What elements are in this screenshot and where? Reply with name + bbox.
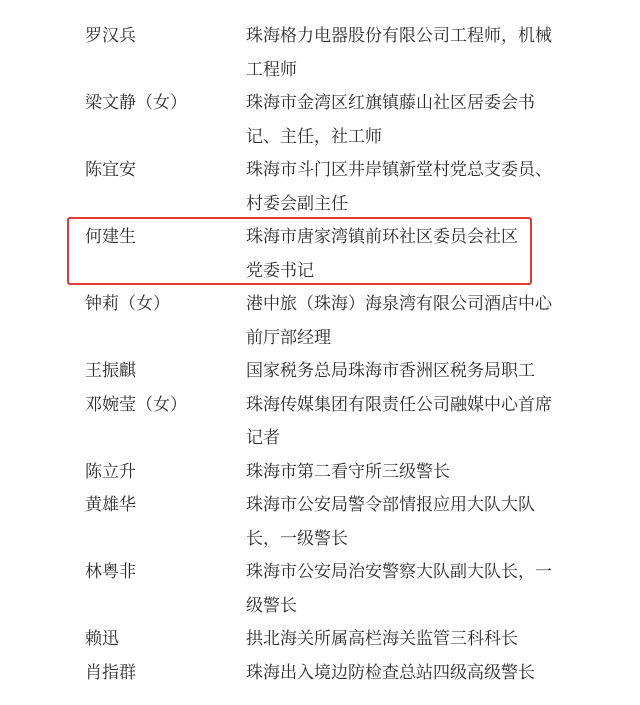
person-description: 国家税务总局珠海市香洲区税务局职工 (246, 355, 558, 389)
list-item: 陈立升 珠海市第二看守所三级警长 (0, 456, 640, 490)
person-description: 珠海市公安局警令部情报应用大队大队 长，一级警长 (246, 489, 558, 556)
list-item: 黄雄华 珠海市公安局警令部情报应用大队大队 长，一级警长 (0, 489, 640, 556)
person-description: 珠海市斗门区井岸镇新堂村党总支委员、 村委会副主任 (246, 154, 558, 221)
description-line: 珠海市公安局警令部情报应用大队大队 (246, 489, 558, 523)
person-description: 珠海市金湾区红旗镇藤山社区居委会书 记、主任，社工师 (246, 87, 558, 154)
person-description: 珠海传媒集团有限责任公司融媒中心首席 记者 (246, 389, 558, 456)
person-name: 林粤非 (0, 556, 246, 623)
person-name: 何建生 (0, 221, 246, 288)
person-name: 邓婉莹（女） (0, 389, 246, 456)
description-line: 记、主任，社工师 (246, 121, 558, 155)
description-line: 珠海市公安局治安警察大队副大队长，一 (246, 556, 558, 590)
description-line: 村委会副主任 (246, 188, 558, 222)
person-name: 钟莉（女） (0, 288, 246, 355)
description-line: 珠海传媒集团有限责任公司融媒中心首席 (246, 389, 558, 423)
person-name: 梁文静（女） (0, 87, 246, 154)
person-name: 王振麒 (0, 355, 246, 389)
person-description: 港中旅（珠海）海泉湾有限公司酒店中心 前厅部经理 (246, 288, 558, 355)
honoree-list: 罗汉兵 珠海格力电器股份有限公司工程师，机械 工程师 梁文静（女） 珠海市金湾区… (0, 20, 640, 690)
description-line: 珠海市斗门区井岸镇新堂村党总支委员、 (246, 154, 558, 188)
description-line: 记者 (246, 422, 558, 456)
person-name: 黄雄华 (0, 489, 246, 556)
description-line: 前厅部经理 (246, 322, 558, 356)
list-item: 罗汉兵 珠海格力电器股份有限公司工程师，机械 工程师 (0, 20, 640, 87)
description-line: 国家税务总局珠海市香洲区税务局职工 (246, 355, 558, 389)
description-line: 珠海市金湾区红旗镇藤山社区居委会书 (246, 87, 558, 121)
person-description: 珠海市第二看守所三级警长 (246, 456, 558, 490)
list-item: 王振麒 国家税务总局珠海市香洲区税务局职工 (0, 355, 640, 389)
description-line: 珠海市唐家湾镇前环社区委员会社区 (246, 221, 558, 255)
description-line: 珠海市第二看守所三级警长 (246, 456, 558, 490)
description-line: 党委书记 (246, 255, 558, 289)
person-description: 珠海市公安局治安警察大队副大队长，一 级警长 (246, 556, 558, 623)
list-item: 林粤非 珠海市公安局治安警察大队副大队长，一 级警长 (0, 556, 640, 623)
description-line: 珠海格力电器股份有限公司工程师，机械 (246, 20, 558, 54)
list-item: 肖指群 珠海出入境边防检查总站四级高级警长 (0, 657, 640, 691)
description-line: 拱北海关所属高栏海关监管三科科长 (246, 623, 558, 657)
description-line: 珠海出入境边防检查总站四级高级警长 (246, 657, 558, 691)
person-description: 拱北海关所属高栏海关监管三科科长 (246, 623, 558, 657)
person-description: 珠海格力电器股份有限公司工程师，机械 工程师 (246, 20, 558, 87)
person-name: 陈宜安 (0, 154, 246, 221)
description-line: 级警长 (246, 590, 558, 624)
person-name: 罗汉兵 (0, 20, 246, 87)
person-name: 肖指群 (0, 657, 246, 691)
list-item: 梁文静（女） 珠海市金湾区红旗镇藤山社区居委会书 记、主任，社工师 (0, 87, 640, 154)
description-line: 长，一级警长 (246, 523, 558, 557)
person-name: 赖迅 (0, 623, 246, 657)
list-item: 钟莉（女） 港中旅（珠海）海泉湾有限公司酒店中心 前厅部经理 (0, 288, 640, 355)
list-item-highlighted: 何建生 珠海市唐家湾镇前环社区委员会社区 党委书记 (0, 221, 640, 288)
list-item: 赖迅 拱北海关所属高栏海关监管三科科长 (0, 623, 640, 657)
list-item: 陈宜安 珠海市斗门区井岸镇新堂村党总支委员、 村委会副主任 (0, 154, 640, 221)
person-name: 陈立升 (0, 456, 246, 490)
list-item: 邓婉莹（女） 珠海传媒集团有限责任公司融媒中心首席 记者 (0, 389, 640, 456)
person-description: 珠海市唐家湾镇前环社区委员会社区 党委书记 (246, 221, 558, 288)
person-description: 珠海出入境边防检查总站四级高级警长 (246, 657, 558, 691)
description-line: 工程师 (246, 54, 558, 88)
description-line: 港中旅（珠海）海泉湾有限公司酒店中心 (246, 288, 558, 322)
